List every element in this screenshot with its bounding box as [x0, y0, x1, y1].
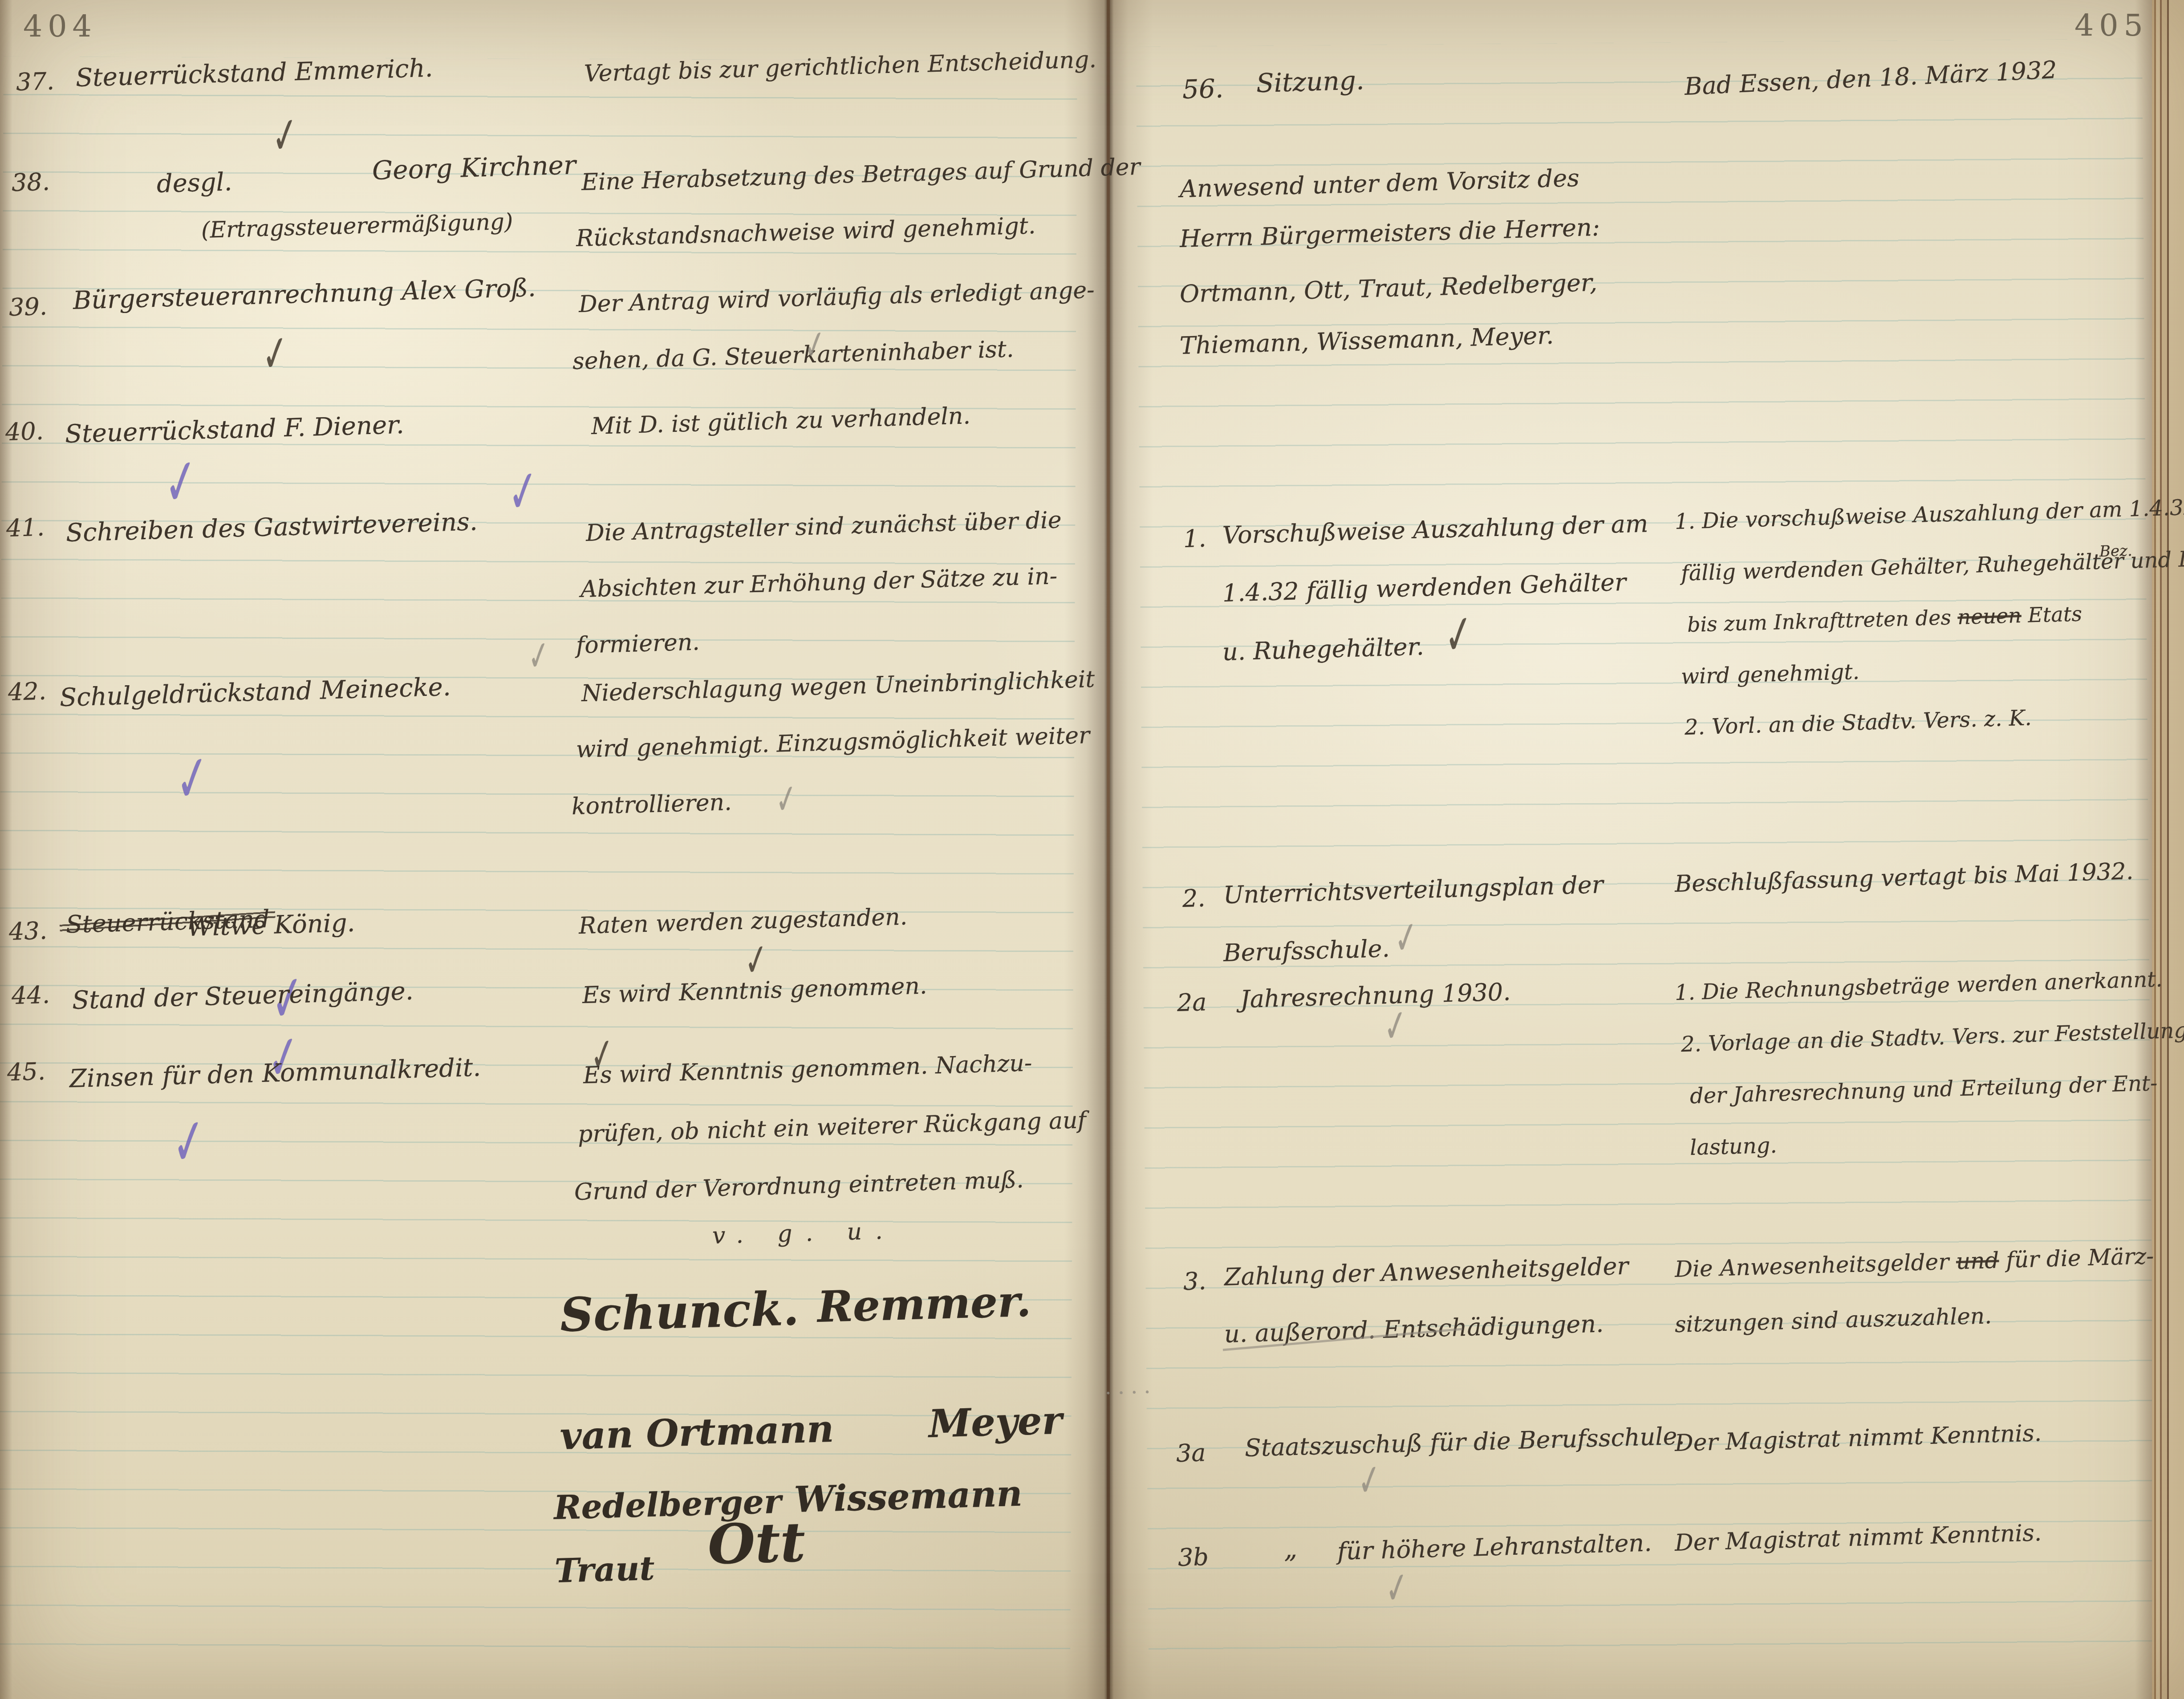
signature: Meyer — [928, 1402, 1063, 1443]
session-title: Sitzung. — [1256, 67, 1364, 96]
entry-41-subject: Schreiben des Gastwirtevereins. — [65, 509, 478, 546]
resolution-1-line1: 1. Die vorschußweise Auszahlung der am 1… — [1674, 496, 2184, 532]
entry-44-resolution: Es wird Kenntnis genommen. — [582, 974, 927, 1007]
entry-41-number: 41. — [6, 516, 45, 541]
entry-38-number: 38. — [11, 170, 50, 195]
item-1-line1: Vorschußweise Auszahlung der am — [1222, 512, 1648, 548]
pencil-checkmark-icon: ✓ — [1356, 1457, 1382, 1504]
resolution-3a: Der Magistrat nimmt Kenntnis. — [1674, 1422, 2042, 1455]
item-3-number: 3. — [1183, 1269, 1206, 1294]
entry-45-resolution-line2: prüfen, ob nicht ein weiterer Rückgang a… — [577, 1109, 1086, 1146]
violet-checkmark-icon: ✓ — [506, 460, 540, 523]
resolution-2a-line4: lastung. — [1689, 1135, 1777, 1158]
dateline: Bad Essen, den 18. März 1932 — [1684, 58, 2058, 99]
entry-41-resolution-line3: formieren. — [576, 630, 700, 657]
checkmark-icon: ✓ — [270, 108, 300, 162]
violet-checkmark-icon: ✓ — [162, 448, 200, 517]
entry-39-resolution-line1: Der Antrag wird vorläufig als erledigt a… — [578, 279, 1095, 316]
resolution-1-insertion: Bez. — [2099, 543, 2133, 559]
checkmark-icon: ✓ — [1443, 606, 1475, 664]
item-1-line3: u. Ruhegehälter. — [1222, 634, 1424, 664]
signature: Remmer. — [817, 1280, 1032, 1329]
entry-43-subject: Witwe König. — [187, 910, 355, 940]
session-number: 56. — [1182, 75, 1224, 102]
closing-abbreviation: v. g. u. — [712, 1219, 896, 1248]
left-page-edge — [0, 0, 12, 1699]
violet-checkmark-icon: ✓ — [174, 744, 211, 813]
attendance-line4: Thiemann, Wissemann, Meyer. — [1179, 324, 1554, 358]
signature: Wissemann — [794, 1475, 1023, 1517]
resolution-3-line1-pre: Die Anwesenheitsgelder — [1674, 1248, 1957, 1282]
violet-checkmark-icon: ✓ — [170, 1108, 208, 1177]
resolution-2a-line1: 1. Die Rechnungsbeträge werden anerkannt… — [1674, 968, 2163, 1004]
item-3b-line1: für höhere Lehranstalten. — [1337, 1531, 1652, 1564]
entry-40-subject: Steuerrückstand F. Diener. — [65, 413, 404, 447]
entry-41-resolution-line2: Absichten zur Erhöhung der Sätze zu in- — [580, 565, 1057, 601]
pencil-checkmark-icon: ✓ — [527, 634, 551, 678]
entry-43-number: 43. — [8, 919, 47, 944]
checkmark-icon: ✓ — [260, 326, 290, 380]
pencil-checkmark-icon: ✓ — [1393, 915, 1419, 963]
entry-38-subject-note: (Ertragssteuerermäßigung) — [201, 210, 513, 241]
entry-42-subject: Schulgeldrückstand Meinecke. — [59, 675, 451, 711]
entry-39-number: 39. — [8, 295, 47, 320]
resolution-3b: Der Magistrat nimmt Kenntnis. — [1674, 1521, 2042, 1555]
resolution-1-line5: 2. Vorl. an die Stadtv. Vers. z. K. — [1684, 707, 2032, 738]
entry-42-resolution-line2: wird genehmigt. Einzugsmöglichkeit weite… — [576, 724, 1090, 761]
resolution-1-line4: wird genehmigt. — [1681, 661, 1859, 687]
resolution-1-line3-post: Etats — [2021, 602, 2083, 627]
entry-45-resolution-line1: Es wird Kenntnis genommen. Nachzu- — [583, 1052, 1032, 1087]
entry-45-resolution-line3: Grund der Verordnung eintreten muß. — [574, 1168, 1024, 1204]
entry-43-resolution: Raten werden zugestanden. — [578, 905, 908, 938]
resolution-3-line1-post: für die März- — [1999, 1243, 2155, 1273]
item-2a-number: 2a — [1177, 990, 1207, 1015]
page-edge-shadow — [2135, 0, 2153, 1699]
signature: Ott — [707, 1515, 806, 1572]
resolution-3-line2: sitzungen sind auszuzahlen. — [1674, 1305, 1992, 1336]
page-number-right: 405 — [2074, 11, 2148, 41]
resolution-1-line3: bis zum Inkrafttreten des neuen Etats — [1687, 603, 2082, 635]
entry-37-subject: Steuerrückstand Emmerich. — [75, 56, 433, 91]
attendance-line1: Anwesend unter dem Vorsitz des — [1179, 166, 1579, 201]
resolution-1-line3-struck: neuen — [1957, 603, 2022, 629]
entry-42-number: 42. — [8, 679, 46, 704]
item-3b-ditto-mark: „ — [1283, 1536, 1298, 1562]
signature: Schunck. — [560, 1285, 800, 1338]
entry-45-number: 45. — [7, 1060, 45, 1085]
attendance-line2: Herrn Bürgermeisters die Herren: — [1179, 215, 1600, 251]
entry-45-subject: Zinsen für den Kommunalkredit. — [69, 1055, 481, 1092]
entry-42-resolution-line3: kontrollieren. — [571, 791, 732, 818]
minute-book-spread: 404 37. Steuerrückstand Emmerich. Vertag… — [0, 0, 2184, 1699]
pencil-checkmark-icon: ✓ — [1382, 1003, 1409, 1051]
entry-41-resolution-line1: Die Antragsteller sind zunächst über die — [585, 508, 1062, 545]
resolution-2a-line3: der Jahresrechnung und Erteilung der Ent… — [1689, 1073, 2158, 1107]
signature: van Ortmann — [560, 1410, 834, 1455]
pencil-checkmark-icon: ✓ — [803, 323, 827, 367]
item-2-line1: Unterrichtsverteilungsplan der — [1223, 873, 1603, 907]
entry-44-subject: Stand der Steuereingänge. — [72, 979, 414, 1013]
page-edge-stack — [2152, 0, 2184, 1699]
item-1-line2: 1.4.32 fällig werdenden Gehälter — [1222, 570, 1626, 606]
resolution-2a-line2: 2. Vorlage an die Stadtv. Vers. zur Fest… — [1681, 1020, 2184, 1055]
item-3a-number: 3a — [1176, 1441, 1206, 1466]
pencil-checkmark-icon: ✓ — [775, 777, 799, 821]
entry-38-resolution-line2: Rückstandsnachweise wird genehmigt. — [576, 214, 1036, 250]
entry-38-subject-name: Georg Kirchner — [372, 152, 576, 183]
entry-42-resolution-line1: Niederschlagung wegen Uneinbringlichkeit — [581, 668, 1095, 705]
margin-dots: · · · · — [1104, 1382, 1151, 1403]
item-3-line1: Zahlung der Anwesenheitsgelder — [1224, 1254, 1629, 1289]
entry-38-resolution-line1: Eine Herabsetzung des Betrages auf Grund… — [581, 155, 1141, 194]
item-3-line2: u. außerord. Entschädigungen. — [1224, 1312, 1604, 1346]
entry-40-number: 40. — [5, 419, 44, 444]
attendance-line3: Ortmann, Ott, Traut, Redelberger, — [1179, 271, 1597, 306]
item-2a-line1: Jahresrechnung 1930. — [1240, 980, 1511, 1012]
entry-37-resolution: Vertagt bis zur gerichtlichen Entscheidu… — [584, 48, 1096, 85]
item-2-line2: Berufsschule. — [1223, 937, 1390, 965]
page-number-left: 404 — [23, 12, 97, 42]
binding-gutter-line — [1107, 0, 1110, 1699]
binding-gutter — [1064, 0, 1153, 1699]
entry-38-subject: desgl. — [156, 170, 232, 197]
entry-39-subject: Bürgersteueranrechnung Alex Groß. — [73, 276, 536, 313]
entry-39-resolution-line2: sehen, da G. Steuerkarteninhaber ist. — [572, 337, 1014, 373]
item-3a-line1: Staatszuschuß für die Berufsschule. — [1244, 1424, 1685, 1460]
resolution-3-line1-struck: und — [1956, 1248, 1999, 1275]
item-2-number: 2. — [1182, 886, 1206, 911]
item-1-number: 1. — [1183, 527, 1206, 551]
entry-40-resolution: Mit D. ist gütlich zu verhandeln. — [591, 404, 970, 438]
resolution-1-line3-pre: bis zum Inkrafttreten des — [1687, 605, 1958, 637]
item-3b-number: 3b — [1177, 1545, 1209, 1570]
entry-44-number: 44. — [11, 983, 50, 1008]
signature: Traut — [554, 1552, 655, 1588]
entry-37-number: 37. — [16, 69, 54, 94]
resolution-3-line1: Die Anwesenheitsgelder und für die März- — [1674, 1245, 2154, 1280]
pencil-checkmark-icon: ✓ — [1384, 1565, 1409, 1612]
resolution-2: Beschlußfassung vertagt bis Mai 1932. — [1674, 860, 2134, 896]
